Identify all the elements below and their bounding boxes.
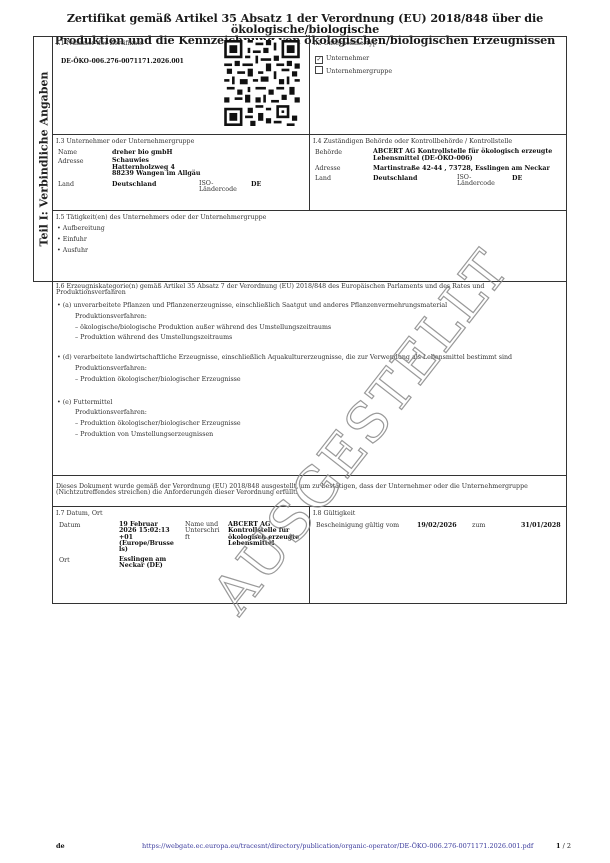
i2-label: I.2 Unternehmertyp — [313, 40, 377, 47]
valid-to-label: zum — [472, 522, 485, 530]
statement-text: Dieses Dokument wurde gemäß der Verordnu… — [56, 484, 528, 496]
section-i4: I.4 Zuständigen Behörde oder Kontrollbeh… — [309, 134, 567, 211]
activity-item: • Ausfuhr — [57, 247, 88, 255]
place-label: Ort — [59, 557, 70, 565]
authority-iso: DE — [512, 175, 522, 183]
method-item: – Produktion von Umstellungserzeugnissen — [75, 431, 213, 439]
authority-label: Behörde — [315, 149, 342, 157]
page-indicator: 1 / 2 — [556, 842, 571, 850]
operator-address: SchauwiesHatternholzweg 488239 Wangen im… — [112, 158, 200, 178]
title-line-1: Zertifikat gemäß Artikel 35 Absatz 1 der… — [20, 13, 590, 35]
category-a: • (a) unverarbeitete Pflanzen und Pflanz… — [57, 302, 447, 310]
section-i7: I.7 Datum, Ort Datum 19 Februar2026 15:0… — [52, 506, 310, 604]
method-item: – Produktion während des Umstellungszeit… — [75, 334, 232, 342]
authority-country: Deutschland — [373, 175, 417, 183]
section-i5: I.5 Tätigkeit(en) des Unternehmers oder … — [52, 210, 567, 282]
name-label: Name — [58, 149, 77, 157]
page-total: / 2 — [563, 842, 571, 850]
authority-address: Martinstraße 42-44 , 73728, Esslingen am… — [373, 165, 550, 173]
side-label-text: Teil I: Verbindliche Angaben — [37, 72, 50, 247]
checkbox-unchecked-icon[interactable] — [315, 66, 323, 74]
side-label: Teil I: Verbindliche Angaben — [33, 36, 53, 282]
iso-label: ISO-Ländercode — [199, 181, 237, 193]
issue-place: Esslingen amNeckar (DE) — [119, 557, 166, 570]
statement-box: Dieses Dokument wurde gemäß der Verordnu… — [52, 475, 567, 507]
footer-language: de — [56, 842, 65, 850]
country-label: Land — [58, 181, 74, 189]
category-e: • (e) Futtermittel — [57, 399, 112, 407]
method-item: – Produktion ökologischer/biologischer E… — [75, 376, 241, 384]
i3-label: I.3 Unternehmer oder Unternehmergruppe — [56, 138, 194, 145]
method-item: – Produktion ökologischer/biologischer E… — [75, 420, 241, 428]
checkbox-checked-icon[interactable]: ✓ — [315, 56, 323, 64]
proc-label: Produktionsverfahren: — [75, 313, 147, 321]
footer-url-link[interactable]: https://webgate.ec.europa.eu/tracesnt/di… — [142, 842, 533, 850]
signature-value: ABCERT AGKontrollstelle fürökologisch er… — [228, 522, 299, 547]
section-i6: I.6 Erzeugniskategorie(n) gemäß Artikel … — [52, 281, 567, 476]
activity-item: • Einfuhr — [57, 236, 87, 244]
valid-to: 31/01/2028 — [521, 522, 561, 530]
i1-label: I.1 Nummer des Zertifikats — [56, 40, 143, 47]
operator-country: Deutschland — [112, 181, 156, 189]
category-d: • (d) verarbeitete landwirtschaftliche E… — [57, 354, 512, 362]
i6-label: I.6 Erzeugniskategorie(n) gemäß Artikel … — [56, 284, 484, 296]
checkbox-unternehmer[interactable]: ✓Unternehmer — [315, 55, 369, 64]
valid-from: 19/02/2026 — [417, 522, 457, 530]
checkbox-label: Unternehmergruppe — [326, 68, 392, 75]
page-current: 1 — [556, 842, 561, 850]
operator-iso: DE — [251, 181, 261, 189]
section-i3: I.3 Unternehmer oder Unternehmergruppe N… — [52, 134, 310, 211]
authority-iso-label: ISO-Ländercode — [457, 175, 495, 187]
operator-name: dreher bio gmbH — [112, 149, 172, 157]
checkbox-label: Unternehmer — [326, 55, 369, 62]
i8-label: I.8 Gültigkeit — [313, 510, 355, 517]
signature-label: Name undUnterschrift — [185, 522, 219, 541]
proc-label: Produktionsverfahren: — [75, 409, 147, 417]
section-i2: I.2 Unternehmertyp ✓Unternehmer Unterneh… — [309, 36, 567, 135]
activity-item: • Aufbereitung — [57, 225, 105, 233]
i4-label: I.4 Zuständigen Behörde oder Kontrollbeh… — [313, 138, 512, 145]
i7-label: I.7 Datum, Ort — [56, 510, 103, 517]
address-label: Adresse — [58, 158, 84, 166]
authority-name: ABCERT AG Kontrollstelle für ökologisch … — [373, 149, 552, 162]
authority-address-label: Adresse — [315, 165, 341, 173]
qr-code-icon — [224, 40, 300, 126]
certificate-number: DE-ÖKO-006.276-0071171.2026.001 — [61, 58, 184, 66]
issue-date: 19 Februar2026 15:02:13+01(Europe/Brusse… — [119, 522, 174, 553]
section-i8: I.8 Gültigkeit Bescheinigung gültig vom … — [309, 506, 567, 604]
i5-label: I.5 Tätigkeit(en) des Unternehmers oder … — [56, 214, 266, 221]
checkbox-unternehmergruppe[interactable]: Unternehmergruppe — [315, 66, 392, 76]
method-item: – ökologische/biologische Produktion auß… — [75, 324, 331, 332]
authority-country-label: Land — [315, 175, 331, 183]
date-label: Datum — [59, 522, 80, 530]
proc-label: Produktionsverfahren: — [75, 365, 147, 373]
valid-label: Bescheinigung gültig vom — [316, 522, 399, 530]
